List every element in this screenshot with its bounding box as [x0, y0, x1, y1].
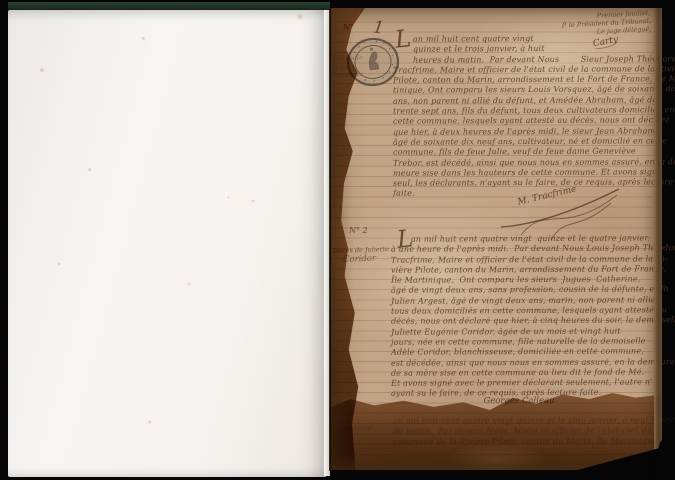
scanned-register-page: Premier feuillet, P. le Président du Tri… [0, 0, 675, 480]
act2-text: L an mil huit cent quatre vingt quinze e… [391, 234, 661, 399]
foxing-spot [39, 67, 45, 73]
page-edge-stack [654, 8, 662, 470]
act1-line: quinze et le trois janvier, à huit [413, 44, 661, 56]
foxing-spot [296, 13, 304, 20]
right-manuscript-page: Premier feuillet, P. le Président du Tri… [331, 8, 662, 470]
act1-drop-cap: L [394, 24, 413, 54]
foxing-spot [187, 282, 191, 286]
foxing-spot [57, 262, 61, 266]
foxing-spot [87, 167, 92, 172]
act1-line: commune, fils de feue Julie, veuf de feu… [393, 147, 661, 159]
book-binding-strip [8, 2, 330, 10]
foxing-spot [227, 196, 230, 199]
foxing-spot [251, 199, 255, 203]
act1-text: L an mil huit cent quatre vingt quinze e… [393, 34, 661, 199]
foxing-spot [147, 420, 152, 424]
foxing-spot [141, 36, 146, 41]
act2-number-label: N° 2 [349, 226, 368, 235]
left-blank-page [8, 10, 326, 477]
